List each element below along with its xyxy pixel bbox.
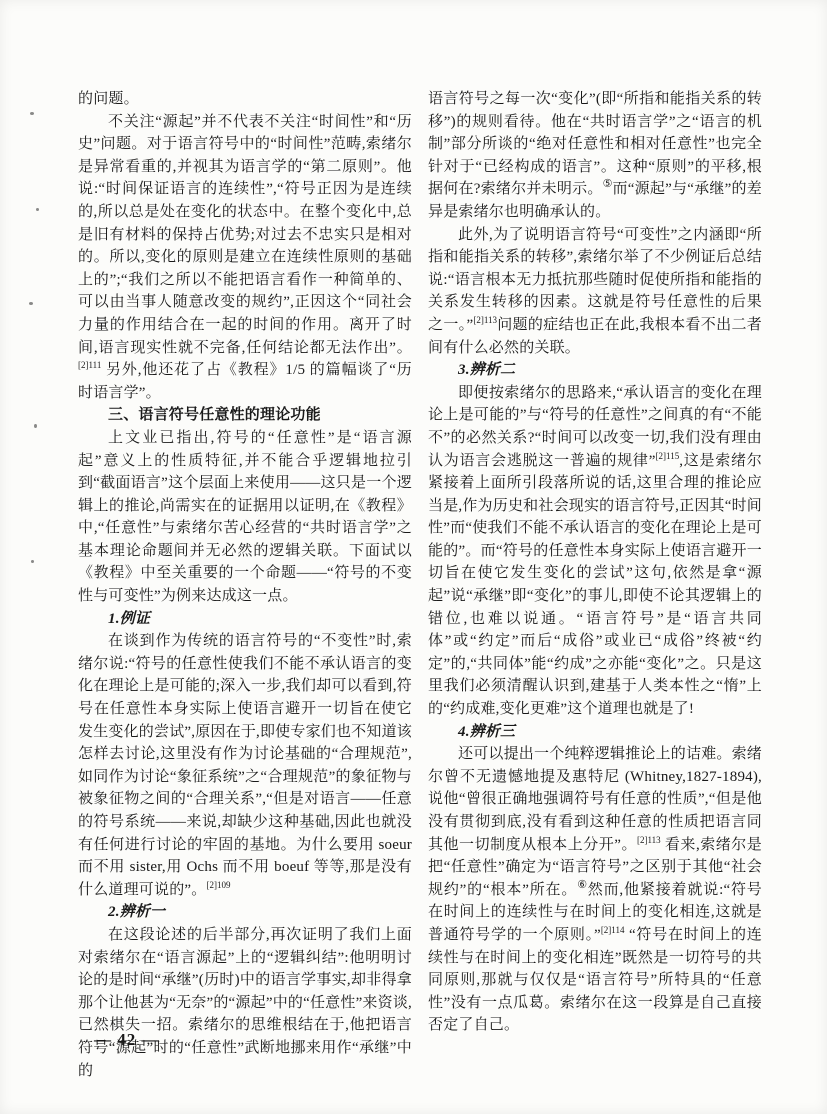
citation-ref: [2]113 [637, 835, 661, 845]
scan-speck [30, 112, 34, 115]
citation-ref: [2]111 [78, 360, 101, 370]
sub-heading-analysis1: 2.辨析一 [78, 901, 412, 924]
paragraph-transfer: 此外,为了说明语言符号“可变性”之内涵即“所指和能指关系的转移”,索绪尔举了不少… [428, 224, 762, 360]
scan-speck [36, 208, 39, 211]
citation-ref: [2]115 [656, 451, 680, 461]
section-heading-3: 三、语言符号任意性的理论功能 [78, 404, 412, 427]
sub-heading-analysis3: 4.辨析三 [428, 721, 762, 744]
paragraph-time-principle: 不关注“源起”并不代表不关注“时间性”和“历史”问题。对于语言符号中的“时间性”… [78, 111, 412, 405]
paragraph-intro: 上文业已指出,符号的“任意性”是“语言源起”意义上的性质特征,并不能合乎逻辑地拉… [78, 427, 412, 608]
paragraph-change-rule: 语言符号之每一次“变化”(即“所指和能指关系的转移”)的规则看待。他在“共时语言… [428, 88, 762, 224]
text-segment: 另外,他还花了占《教程》1/5 的篇幅谈了“历时语言学”。 [78, 362, 412, 401]
text-segment: 不关注“源起”并不代表不关注“时间性”和“历史”问题。对于语言符号中的“时间性”… [78, 114, 412, 356]
sub-heading-example: 1.例证 [78, 608, 412, 631]
citation-ref: [2]114 [601, 925, 625, 935]
scan-speck [31, 560, 34, 563]
text-segment: ,这是索绪尔紧接着上面所引段落所说的话,这里合理的推论应当是,作为历史和社会现实… [428, 453, 762, 718]
footnote-marker: ⑥ [577, 879, 588, 891]
paragraph-continuation: 的问题。 [78, 88, 412, 111]
left-column: 的问题。 不关注“源起”并不代表不关注“时间性”和“历史”问题。对于语言符号中的… [78, 88, 412, 1082]
sub-heading-analysis2: 3.辨析二 [428, 359, 762, 382]
text-segment: 在谈到作为传统的语言符号的“不变性”时,索绪尔说:“符号的任意性使我们不能不承认… [78, 633, 412, 898]
citation-ref: [2]113 [473, 315, 497, 325]
page-number: — 42 — [94, 1030, 160, 1050]
paragraph-analysis1: 在这段论述的后半部分,再次证明了我们上面对索绪尔在“语言源起”上的“逻辑纠结”:… [78, 924, 412, 1082]
paragraph-example: 在谈到作为传统的语言符号的“不变性”时,索绪尔说:“符号的任意性使我们不能不承认… [78, 630, 412, 901]
footnote-marker: ⑤ [603, 178, 613, 190]
paragraph-analysis2: 即便按索绪尔的思路来,“承认语言的变化在理论上是可能的”与“符号的任意性”之间真… [428, 382, 762, 721]
citation-ref: [2]109 [206, 880, 230, 890]
paragraph-analysis3: 还可以提出一个纯粹逻辑推论上的诘难。索绪尔曾不无遗憾地提及惠特尼 (Whitne… [428, 743, 762, 1037]
two-column-body: 的问题。 不关注“源起”并不代表不关注“时间性”和“历史”问题。对于语言符号中的… [78, 88, 762, 1082]
scanned-paper-page: 的问题。 不关注“源起”并不代表不关注“时间性”和“历史”问题。对于语言符号中的… [0, 0, 827, 1114]
scan-speck [34, 424, 37, 428]
right-column: 语言符号之每一次“变化”(即“所指和能指关系的转移”)的规则看待。他在“共时语言… [428, 88, 762, 1082]
scan-speck [29, 302, 33, 305]
